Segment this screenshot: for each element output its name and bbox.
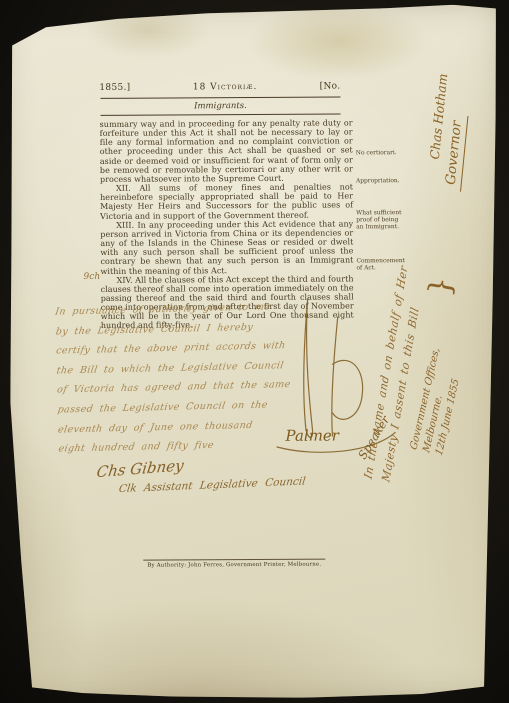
clerk-signature-title: Clk Assistant Legislative Council — [118, 475, 306, 495]
paragraph-clause-13: XIII. In any proceeding under this Act e… — [100, 219, 353, 275]
header-rule-bottom — [101, 113, 341, 115]
clerk-initials-mark: 9ch — [84, 272, 101, 282]
header-rule-top — [100, 96, 340, 98]
office-brace: } — [422, 274, 460, 299]
page-header: 1855.] 18 Victoriæ. [No. — [99, 81, 340, 92]
header-year: 1855.] — [99, 83, 130, 93]
photo-of-document: 1855.] 18 Victoriæ. [No. Immigrants. sum… — [0, 0, 509, 703]
speaker-signature-name: Palmer — [284, 426, 339, 444]
running-title: Immigrants. — [100, 100, 340, 111]
margin-note-no-certiorari: No certiorari. — [356, 150, 403, 157]
margin-note-appropriation: Appropriation. — [356, 178, 403, 185]
header-regnal-title: 18 Victoriæ. — [193, 82, 258, 92]
document-page: 1855.] 18 Victoriæ. [No. Immigrants. sum… — [0, 0, 509, 703]
margin-note-sufficient-proof: What sufficient proof of being an Immigr… — [356, 210, 403, 231]
governor-title-text: Governor — [442, 114, 468, 192]
paragraph-clause-12: XII. All sums of money fines and penalti… — [100, 182, 353, 220]
header-number: [No. — [320, 81, 341, 91]
printer-imprint: By Authority: John Ferres, Government Pr… — [143, 559, 325, 569]
paragraph-certiorari: summary way and in proceeding for any pe… — [100, 118, 353, 184]
